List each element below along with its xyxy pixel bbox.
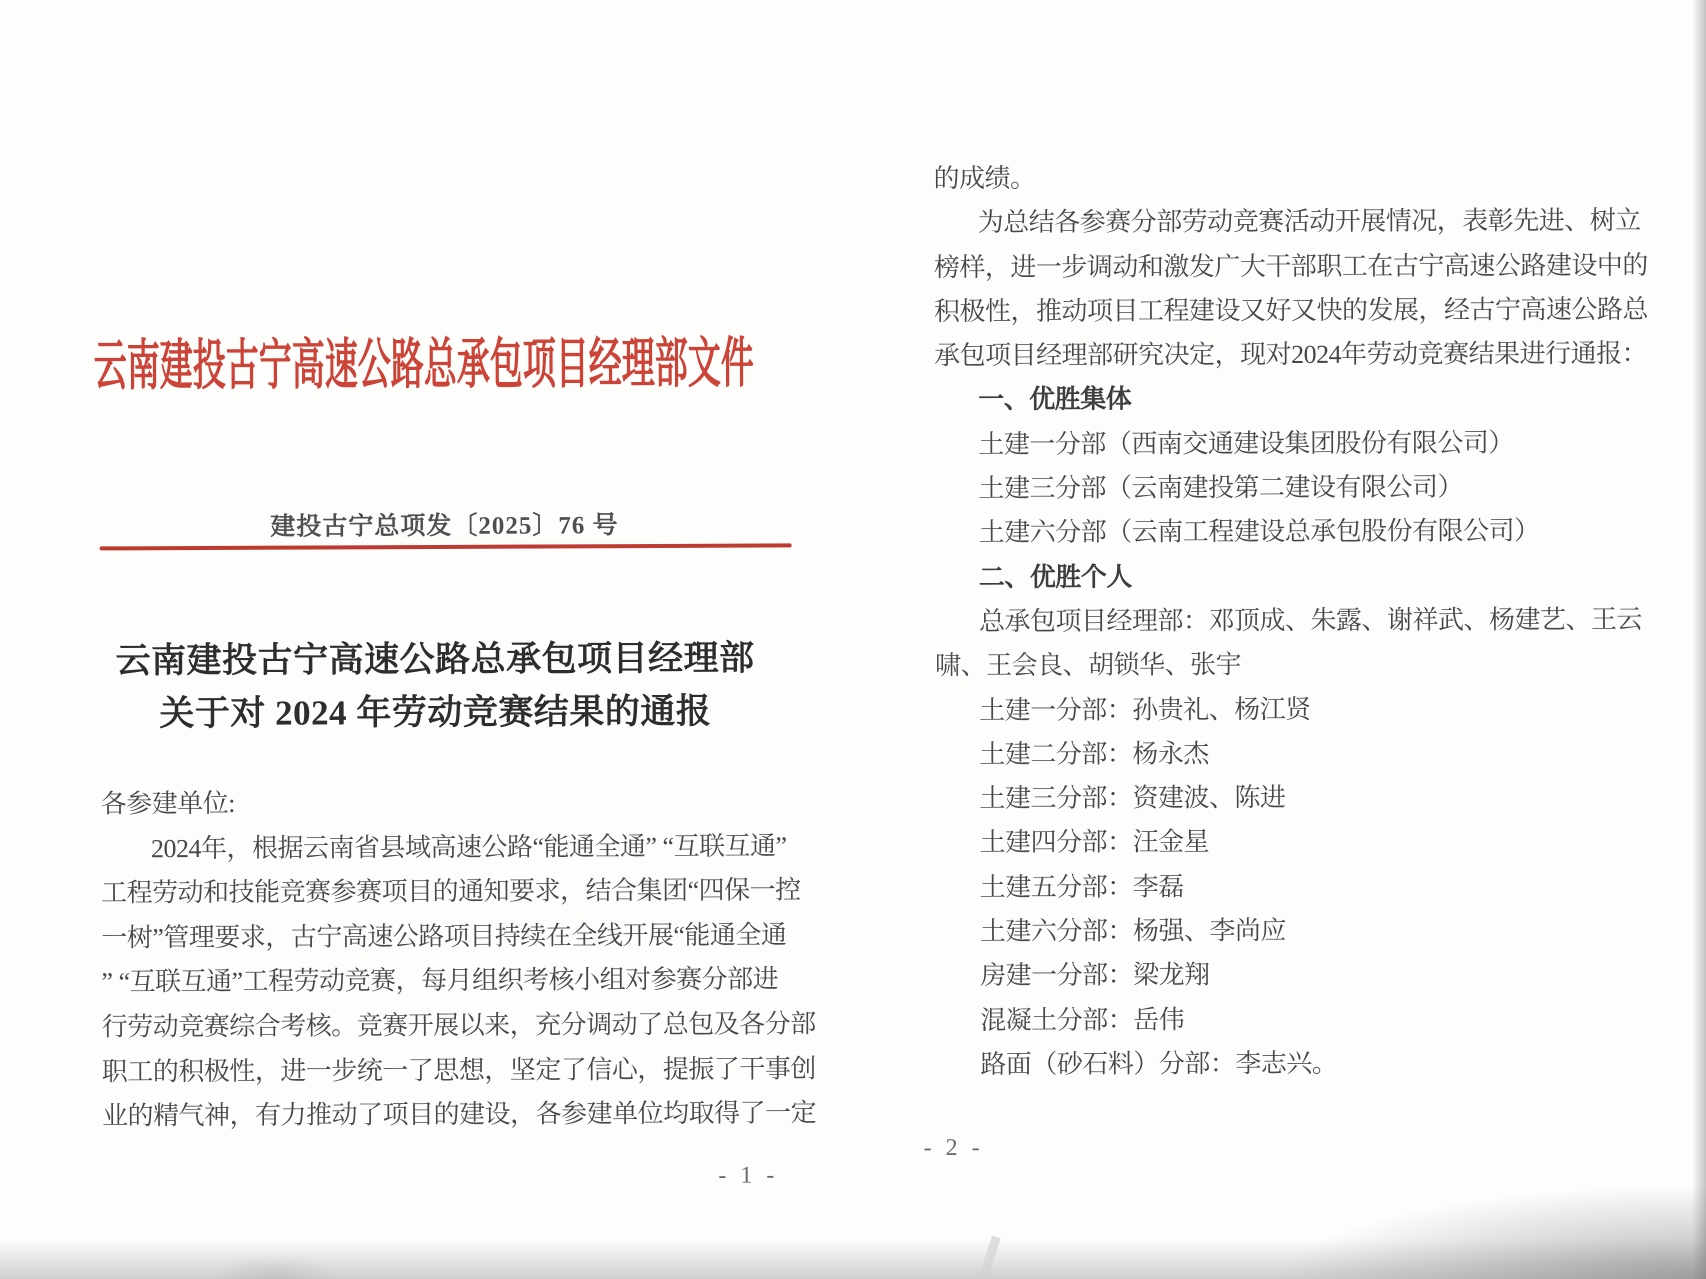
text-line: 土建三分部（云南建投第二建设有限公司） (934, 465, 1644, 512)
text-line: 混凝土分部：岳伟 (936, 997, 1646, 1044)
red-banner-title: 云南建投古宁高速公路总承包项目经理部文件 (94, 319, 754, 401)
text-line: 一树”管理要求，古宁高速公路项目持续在全线开展“能通全通 (101, 913, 813, 961)
text-line: 啸、王会良、胡锁华、张宇 (935, 642, 1645, 689)
text-line: 土建四分部：汪金星 (936, 819, 1646, 866)
text-line: 一、优胜集体 (934, 376, 1644, 423)
document-title-line2: 关于对 2024 年劳动竞赛结果的通报 (85, 684, 785, 740)
text-line: 土建六分部（云南工程建设总承包股份有限公司） (935, 509, 1645, 556)
text-line: 职工的积极性，进一步统一了思想，坚定了信心，提振了干事创 (102, 1047, 814, 1095)
text-line: 二、优胜个人 (935, 554, 1645, 601)
text-line: 业的精气神，有力推动了项目的建设，各参建单位均取得了一定 (102, 1091, 814, 1139)
text-line: 工程劳动和技能竞赛参赛项目的通知要求，结合集团“四保一控 (101, 869, 813, 917)
body-text-page1: 各参建单位:2024年，根据云南省县域高速公路“能通全通” “互联互通”工程劳动… (101, 779, 815, 1139)
document-title: 云南建投古宁高速公路总承包项目经理部 关于对 2024 年劳动竞赛结果的通报 (85, 631, 785, 740)
text-line: 行劳动竞赛综合考核。竞赛开展以来，充分调动了总包及各分部 (102, 1002, 814, 1050)
text-line: 各参建单位: (101, 779, 813, 827)
text-line: 土建三分部：资建波、陈进 (935, 775, 1645, 822)
text-line: 路面（砂石料）分部：李志兴。 (936, 1041, 1646, 1088)
text-line: 积极性，推动项目工程建设又好又快的发展，经古宁高速公路总 (934, 288, 1644, 335)
text-line: 土建一分部（西南交通建设集团股份有限公司） (934, 421, 1644, 468)
text-line: 总承包项目经理部：邓顶成、朱露、谢祥武、杨建艺、王云 (935, 598, 1645, 645)
text-line: 2024年，根据云南省县域高速公路“能通全通” “互联互通” (101, 824, 813, 872)
text-line: 土建一分部：孙贵礼、杨江贤 (935, 686, 1645, 733)
red-divider (100, 543, 792, 550)
text-line: 土建五分部：李磊 (936, 864, 1646, 911)
page-1: 云南建投古宁高速公路总承包项目经理部文件 建投古宁总项发〔2025〕76 号 云… (0, 0, 863, 1279)
text-line: 的成绩。 (933, 155, 1643, 202)
text-line: 土建二分部：杨永杰 (935, 731, 1645, 778)
page-2: 的成绩。为总结各参赛分部劳动竞赛活动开展情况，表彰先进、树立榜样，进一步调动和激… (858, 0, 1706, 1279)
text-line: 房建一分部：梁龙翔 (936, 952, 1646, 999)
text-line: 土建六分部：杨强、李尚应 (936, 908, 1646, 955)
page-number-1: - 1 - (718, 1162, 778, 1189)
document-scan: 云南建投古宁高速公路总承包项目经理部文件 建投古宁总项发〔2025〕76 号 云… (0, 0, 1706, 1279)
text-line: 为总结各参赛分部劳动竞赛活动开展情况，表彰先进、树立 (934, 199, 1644, 246)
text-line: 榜样，进一步调动和激发广大干部职工在古宁高速公路建设中的 (934, 243, 1644, 290)
doc-number: 建投古宁总项发〔2025〕76 号 (94, 504, 794, 543)
text-line: ” “互联互通”工程劳动竞赛，每月组织考核小组对参赛分部进 (101, 958, 813, 1006)
page-number-2: - 2 - (924, 1135, 984, 1162)
document-title-line1: 云南建投古宁高速公路总承包项目经理部 (85, 631, 785, 687)
text-line: 承包项目经理部研究决定，现对2024年劳动竞赛结果进行通报： (934, 332, 1644, 379)
body-text-page2: 的成绩。为总结各参赛分部劳动竞赛活动开展情况，表彰先进、树立榜样，进一步调动和激… (933, 155, 1646, 1087)
